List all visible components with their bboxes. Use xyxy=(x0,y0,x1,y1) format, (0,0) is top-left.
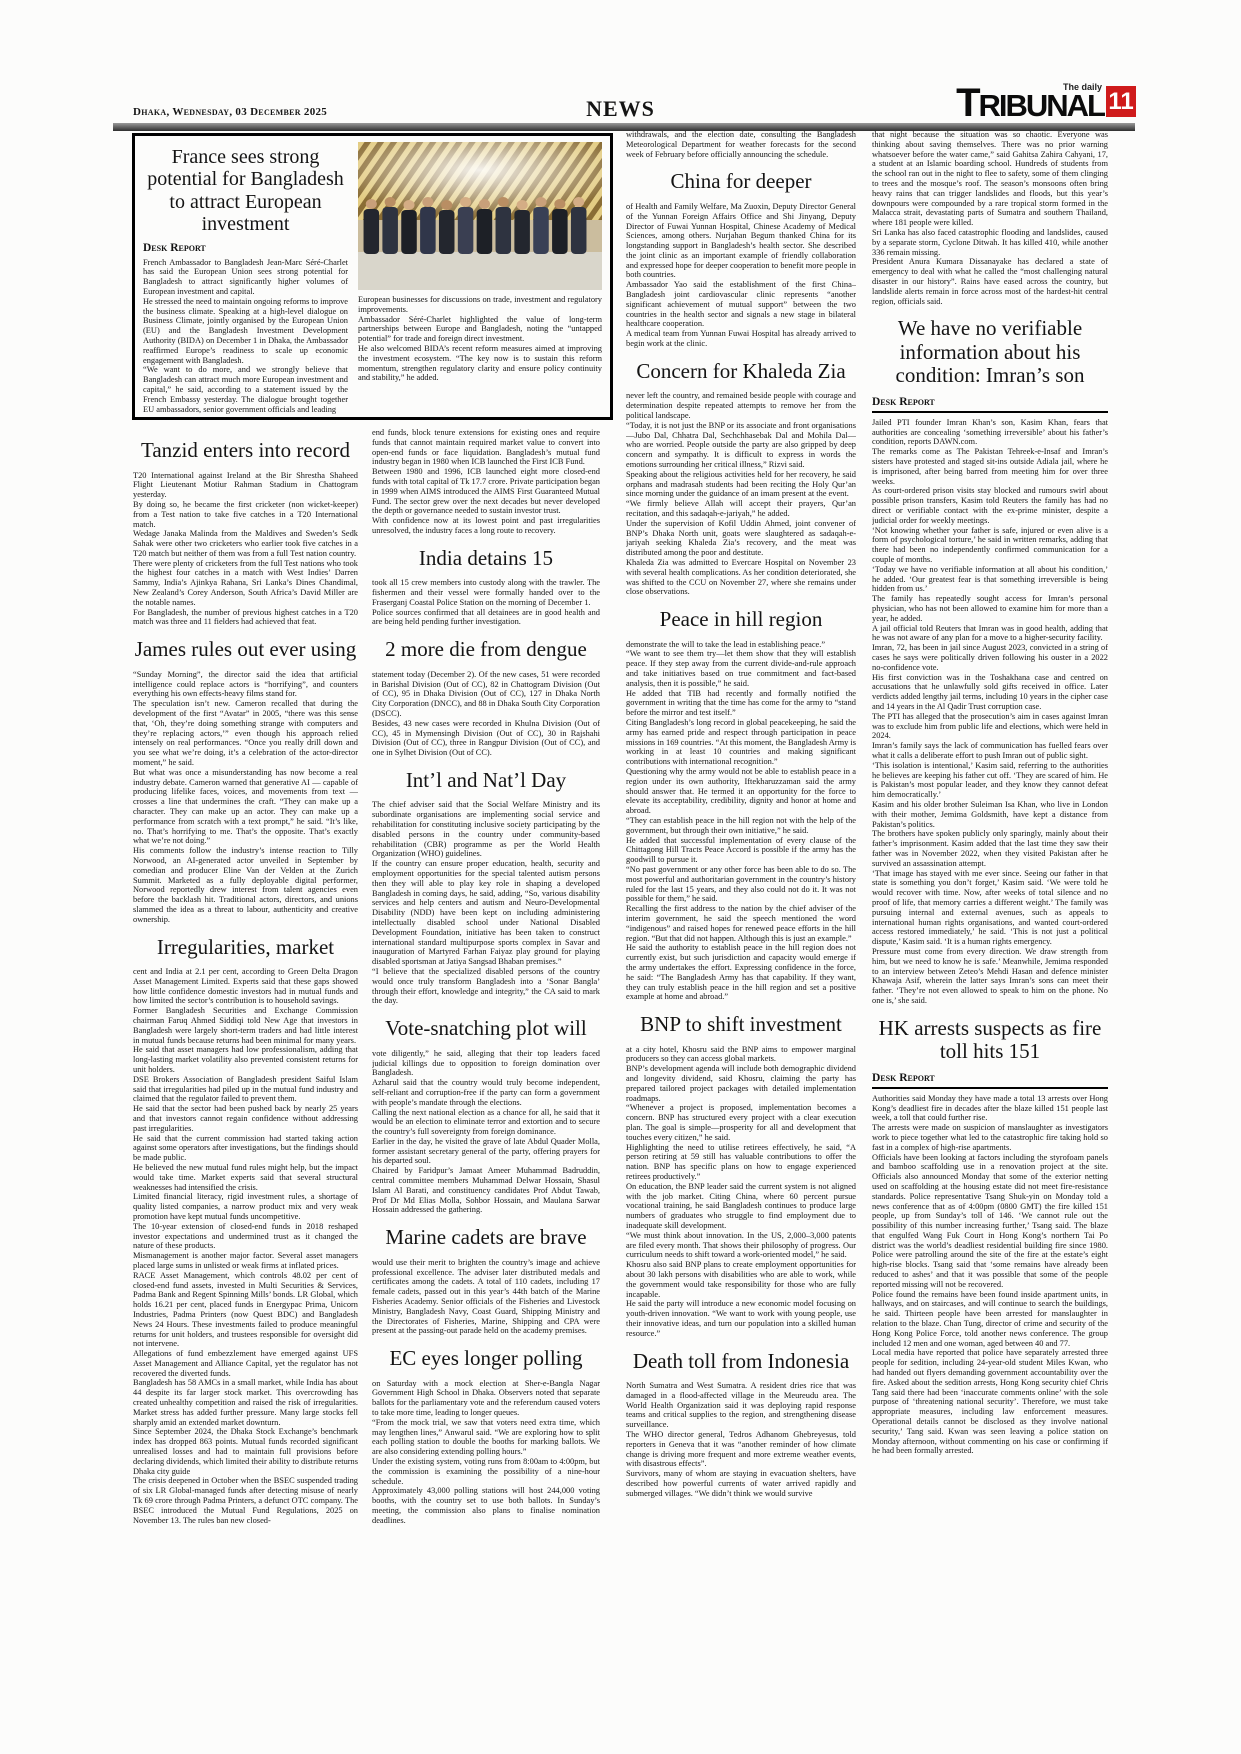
paragraph: The crisis deepened in October when the … xyxy=(133,1476,358,1525)
paragraph: RACE Asset Management, which controls 48… xyxy=(133,1271,358,1349)
paragraph: Calling the next national election as a … xyxy=(372,1108,600,1137)
article-body: statement today (December 2). Of the new… xyxy=(372,670,600,758)
newspaper-page: Dhaka, Wednesday, 03 December 2025 NEWS … xyxy=(0,0,1241,1754)
article-china-health: China for deeper of Health and Family We… xyxy=(626,170,856,348)
paragraph: Wedage Janaka Malinda from the Maldives … xyxy=(133,529,358,558)
paragraph: North Sumatra and West Sumatra. A reside… xyxy=(626,1381,856,1430)
paragraph: European businesses for discussions on t… xyxy=(358,295,602,315)
paragraph: statement today (December 2). Of the new… xyxy=(372,670,600,719)
paragraph: For Bangladesh, the number of previous h… xyxy=(133,608,358,628)
headline: Vote-snatching plot will xyxy=(372,1017,600,1041)
article-election-schedule-continued: withdrawals, and the election date, cons… xyxy=(626,130,856,159)
article-dengue: 2 more die from dengue statement today (… xyxy=(372,638,600,758)
paragraph: ‘Today we have no verifiable information… xyxy=(872,565,1108,594)
group-photo xyxy=(358,142,602,290)
article-body: at a city hotel, Khosru said the BNP aim… xyxy=(626,1045,856,1339)
article-bnp-investment: BNP to shift investment at a city hotel,… xyxy=(626,1013,856,1338)
paragraph: Sri Lanka has also faced catastrophic fl… xyxy=(872,228,1108,257)
masthead: The daily TRIBUNAL 11 xyxy=(916,86,1136,122)
article-body: T20 International against Ireland at the… xyxy=(133,471,358,628)
paragraph: Approximately 43,000 polling stations wi… xyxy=(372,1486,600,1525)
paragraph: “We want to see them try—let them show t… xyxy=(626,649,856,688)
paragraph: Survivors, many of whom are staying in e… xyxy=(626,1469,856,1498)
article-india-detains: India detains 15 took all 15 crew member… xyxy=(372,547,600,628)
headline: Tanzid enters into record xyxy=(133,439,358,463)
paragraph: As court-ordered prison visits stay bloc… xyxy=(872,486,1108,525)
paragraph: Former Bangladesh Securities and Exchang… xyxy=(133,1006,358,1045)
paragraph: His first conviction was in the Toshakha… xyxy=(872,673,1108,712)
article-body: end funds, block tenure extensions for e… xyxy=(372,428,600,536)
paragraph: He said that asset managers had low prof… xyxy=(133,1045,358,1074)
paragraph: Kasim and his older brother Suleiman Isa… xyxy=(872,800,1108,829)
paragraph: Since September 2024, the Dhaka Stock Ex… xyxy=(133,1427,358,1476)
lead-story-left-column: France sees strong potential for Banglad… xyxy=(143,140,348,413)
paragraph: Citing Bangladesh’s long record in globa… xyxy=(626,718,856,767)
paragraph: The arrests were made on suspicion of ma… xyxy=(872,1123,1108,1152)
paragraph: Besides, 43 new cases were recorded in K… xyxy=(372,719,600,758)
article-body: cent and India at 2.1 per cent, accordin… xyxy=(133,967,358,1525)
paragraph: A jail official told Reuters that Imran … xyxy=(872,624,1108,644)
paragraph: Mismanagement is another major factor. S… xyxy=(133,1251,358,1271)
article-ec-polling: EC eyes longer polling on Saturday with … xyxy=(372,1347,600,1525)
paragraph: Police sources confirmed that all detain… xyxy=(372,608,600,628)
paragraph: demonstrate the will to take the lead in… xyxy=(626,640,856,650)
paragraph: “From the mock trial, we saw that voters… xyxy=(372,1418,600,1457)
article-body: that night because the situation was so … xyxy=(872,130,1108,306)
paragraph: “We want to do more, and we strongly bel… xyxy=(143,365,348,414)
article-body: demonstrate the will to take the lead in… xyxy=(626,640,856,1002)
paragraph: vote diligently,” he said, alleging that… xyxy=(372,1049,600,1078)
paragraph: He added that successful implementation … xyxy=(626,836,856,865)
column-3: withdrawals, and the election date, cons… xyxy=(626,130,856,1562)
paragraph: on Saturday with a mock election at Sher… xyxy=(372,1379,600,1418)
paragraph: “We must think about innovation. In the … xyxy=(626,1231,856,1260)
article-flood-continued: that night because the situation was so … xyxy=(872,130,1108,306)
paragraph: Azharul said that the country would trul… xyxy=(372,1078,600,1107)
byline-kicker: Desk Report xyxy=(143,242,348,254)
paragraph: “Today, it is not just the BNP or its as… xyxy=(626,421,856,470)
paragraph: Highlighting the need to utilise retiree… xyxy=(626,1143,856,1182)
paragraph: Allegations of fund embezzlement have em… xyxy=(133,1349,358,1378)
masthead-logo: TRIBUNAL xyxy=(956,88,1104,121)
paragraph: Ambassador Yao said the establishment of… xyxy=(626,280,856,329)
article-imran-son: We have no verifiable information about … xyxy=(872,317,1108,1005)
paragraph: The WHO director general, Tedros Adhanom… xyxy=(626,1430,856,1469)
paragraph: “No past government or any other force h… xyxy=(626,865,856,904)
byline-kicker: Desk Report xyxy=(872,396,1108,413)
headline: Irregularities, market xyxy=(133,936,358,960)
paragraph: Police found the remains have been found… xyxy=(872,1290,1108,1349)
paragraph: Jailed PTI founder Imran Khan’s son, Kas… xyxy=(872,418,1108,447)
column-1: Tanzid enters into record T20 Internatio… xyxy=(133,428,358,1556)
article-irregularities-market: Irregularities, market cent and India at… xyxy=(133,936,358,1526)
headline: Concern for Khaleda Zia xyxy=(626,360,856,384)
headline: EC eyes longer polling xyxy=(372,1347,600,1371)
paragraph: Earlier in the day, he visited the grave… xyxy=(372,1137,600,1166)
article-body: North Sumatra and West Sumatra. A reside… xyxy=(626,1381,856,1499)
byline-kicker: Desk Report xyxy=(872,1072,1108,1089)
paragraph: He also welcomed BIDA’s recent reform me… xyxy=(358,344,602,383)
paragraph: end funds, block tenure extensions for e… xyxy=(372,428,600,467)
column-2: end funds, block tenure extensions for e… xyxy=(372,428,600,1556)
paragraph: ‘Not knowing whether your father is safe… xyxy=(872,526,1108,565)
paragraph: took all 15 crew members into custody al… xyxy=(372,578,600,607)
paragraph: Local media have reported that police ha… xyxy=(872,1348,1108,1456)
paragraph: BNP’s development agenda will include bo… xyxy=(626,1064,856,1103)
paragraph: would use their merit to brighten the co… xyxy=(372,1258,600,1336)
article-intl-natl-day: Int’l and Nat’l Day The chief adviser sa… xyxy=(372,769,600,1006)
paragraph: He said the authority to establish peace… xyxy=(626,943,856,1002)
paragraph: at a city hotel, Khosru said the BNP aim… xyxy=(626,1045,856,1065)
paragraph: Imran, 72, has been in jail since August… xyxy=(872,643,1108,672)
paragraph: But what was once a misunderstanding has… xyxy=(133,768,358,846)
paragraph: T20 International against Ireland at the… xyxy=(133,471,358,500)
article-body: The chief adviser said that the Social W… xyxy=(372,800,600,1006)
paragraph: With confidence now at its lowest point … xyxy=(372,516,600,536)
article-vote-snatching: Vote-snatching plot will vote diligently… xyxy=(372,1017,600,1215)
paragraph: never left the country, and remained bes… xyxy=(626,391,856,420)
paragraph: withdrawals, and the election date, cons… xyxy=(626,130,856,159)
paragraph: Under the existing system, voting runs f… xyxy=(372,1457,600,1486)
article-body: would use their merit to brighten the co… xyxy=(372,1258,600,1336)
headline: Int’l and Nat’l Day xyxy=(372,769,600,793)
headline: Death toll from Indonesia xyxy=(626,1350,856,1374)
paragraph: Authorities said Monday they have made a… xyxy=(872,1094,1108,1123)
paragraph: He believed the new mutual fund rules mi… xyxy=(133,1163,358,1192)
paragraph: ‘That image has stayed with me ever sinc… xyxy=(872,869,1108,947)
paragraph: He said that the sector had been pushed … xyxy=(133,1104,358,1133)
paragraph: If the country can ensure proper educati… xyxy=(372,859,600,967)
article-body: of Health and Family Welfare, Ma Zuoxin,… xyxy=(626,202,856,349)
paragraph: The chief adviser said that the Social W… xyxy=(372,800,600,859)
paragraph: Khosru also said BNP plans to create emp… xyxy=(626,1260,856,1299)
headline: India detains 15 xyxy=(372,547,600,571)
headline: HK arrests suspects as fire toll hits 15… xyxy=(872,1017,1108,1064)
paragraph: that night because the situation was so … xyxy=(872,130,1108,228)
article-james-cameron-ai: James rules out ever using “Sunday Morni… xyxy=(133,638,358,924)
paragraph: cent and India at 2.1 per cent, accordin… xyxy=(133,967,358,1006)
headline: Peace in hill region xyxy=(626,608,856,632)
column-4: that night because the situation was so … xyxy=(872,130,1108,1562)
article-france: France sees strong potential for Banglad… xyxy=(132,133,613,420)
article-tanzid: Tanzid enters into record T20 Internatio… xyxy=(133,439,358,627)
article-body: French Ambassador to Bangladesh Jean-Mar… xyxy=(143,258,348,415)
paragraph: His comments follow the industry’s inten… xyxy=(133,846,358,924)
paragraph: A medical team from Yunnan Fuwai Hospita… xyxy=(626,329,856,349)
paragraph: “They can establish peace in the hill re… xyxy=(626,816,856,836)
paragraph: Bangladesh has 58 AMCs in a small market… xyxy=(133,1378,358,1427)
paragraph: He added that TIB had recently and forma… xyxy=(626,689,856,718)
paragraph: French Ambassador to Bangladesh Jean-Mar… xyxy=(143,258,348,297)
article-body: withdrawals, and the election date, cons… xyxy=(626,130,856,159)
paragraph: He said the party will introduce a new e… xyxy=(626,1299,856,1338)
paragraph: “Sunday Morning”, the director said the … xyxy=(133,670,358,699)
paragraph: Ambassador Séré-Charlet highlighted the … xyxy=(358,315,602,344)
paragraph: Pressure must come from every direction.… xyxy=(872,947,1108,1006)
paragraph: Questioning why the army would not be ab… xyxy=(626,767,856,816)
paragraph: He said that the current commission had … xyxy=(133,1134,358,1163)
article-peace-hill-region: Peace in hill region demonstrate the wil… xyxy=(626,608,856,1002)
paragraph: Between 1980 and 1996, ICB launched eigh… xyxy=(372,467,600,516)
paragraph: Recalling the first address to the natio… xyxy=(626,904,856,943)
paragraph: There were plenty of cricketers from the… xyxy=(133,559,358,608)
article-body: took all 15 crew members into custody al… xyxy=(372,578,600,627)
paragraph: He stressed the need to maintain ongoing… xyxy=(143,297,348,366)
paragraph: Officials have been looking at factors i… xyxy=(872,1153,1108,1290)
paragraph: The brothers have spoken publicly only s… xyxy=(872,829,1108,868)
paragraph: of Health and Family Welfare, Ma Zuoxin,… xyxy=(626,202,856,280)
paragraph: On education, the BNP leader said the cu… xyxy=(626,1182,856,1231)
paragraph: “Whenever a project is proposed, impleme… xyxy=(626,1103,856,1142)
headline: Marine cadets are brave xyxy=(372,1226,600,1250)
paragraph: DSE Brokers Association of Bangladesh pr… xyxy=(133,1075,358,1104)
page-number-badge: 11 xyxy=(1106,86,1136,117)
paragraph: The remarks come as The Pakistan Tehreek… xyxy=(872,447,1108,486)
headline: 2 more die from dengue xyxy=(372,638,600,662)
article-body: European businesses for discussions on t… xyxy=(358,295,602,383)
paragraph: The speculation isn’t new. Cameron recal… xyxy=(133,699,358,768)
paragraph: Speaking about the religious activities … xyxy=(626,470,856,499)
article-body: on Saturday with a mock election at Sher… xyxy=(372,1379,600,1526)
paragraph: Khaleda Zia was admitted to Evercare Hos… xyxy=(626,558,856,597)
paragraph: “We firmly believe Allah will accept the… xyxy=(626,499,856,519)
article-body: “Sunday Morning”, the director said the … xyxy=(133,670,358,925)
paragraph: Under the supervision of Kofil Uddin Ahm… xyxy=(626,519,856,558)
article-indonesia-death-toll: Death toll from Indonesia North Sumatra … xyxy=(626,1350,856,1499)
paragraph: Limited financial literacy, rigid invest… xyxy=(133,1192,358,1221)
headline: We have no verifiable information about … xyxy=(872,317,1108,388)
paragraph: The 10-year extension of closed-end fund… xyxy=(133,1222,358,1251)
article-irregularities-continued: end funds, block tenure extensions for e… xyxy=(372,428,600,536)
paragraph: The family has repeatedly sought access … xyxy=(872,594,1108,623)
article-body: never left the country, and remained bes… xyxy=(626,391,856,597)
paragraph: ‘This isolation is intentional,’ Kasim s… xyxy=(872,761,1108,800)
article-body: Jailed PTI founder Imran Khan’s son, Kas… xyxy=(872,418,1108,1006)
lead-story-right-column: European businesses for discussions on t… xyxy=(358,140,602,413)
paragraph: Imran’s family says the lack of communic… xyxy=(872,741,1108,761)
paragraph: President Anura Kumara Dissanayake has d… xyxy=(872,257,1108,306)
article-body: Authorities said Monday they have made a… xyxy=(872,1094,1108,1456)
headline: China for deeper xyxy=(626,170,856,194)
headline: James rules out ever using xyxy=(133,638,358,662)
article-marine-cadets: Marine cadets are brave would use their … xyxy=(372,1226,600,1336)
paragraph: “I believe that the specialized disabled… xyxy=(372,967,600,1006)
headline: BNP to shift investment xyxy=(626,1013,856,1037)
headline: France sees strong potential for Banglad… xyxy=(143,146,348,236)
article-hk-fire: HK arrests suspects as fire toll hits 15… xyxy=(872,1017,1108,1457)
paragraph: The PTI has alleged that the prosecution… xyxy=(872,712,1108,741)
paragraph: By doing so, he became the first cricket… xyxy=(133,500,358,529)
paragraph: Chaired by Faridpur’s Jamaat Ameer Muham… xyxy=(372,1166,600,1215)
article-body: vote diligently,” he said, alleging that… xyxy=(372,1049,600,1216)
article-khaleda-zia: Concern for Khaleda Zia never left the c… xyxy=(626,360,856,597)
